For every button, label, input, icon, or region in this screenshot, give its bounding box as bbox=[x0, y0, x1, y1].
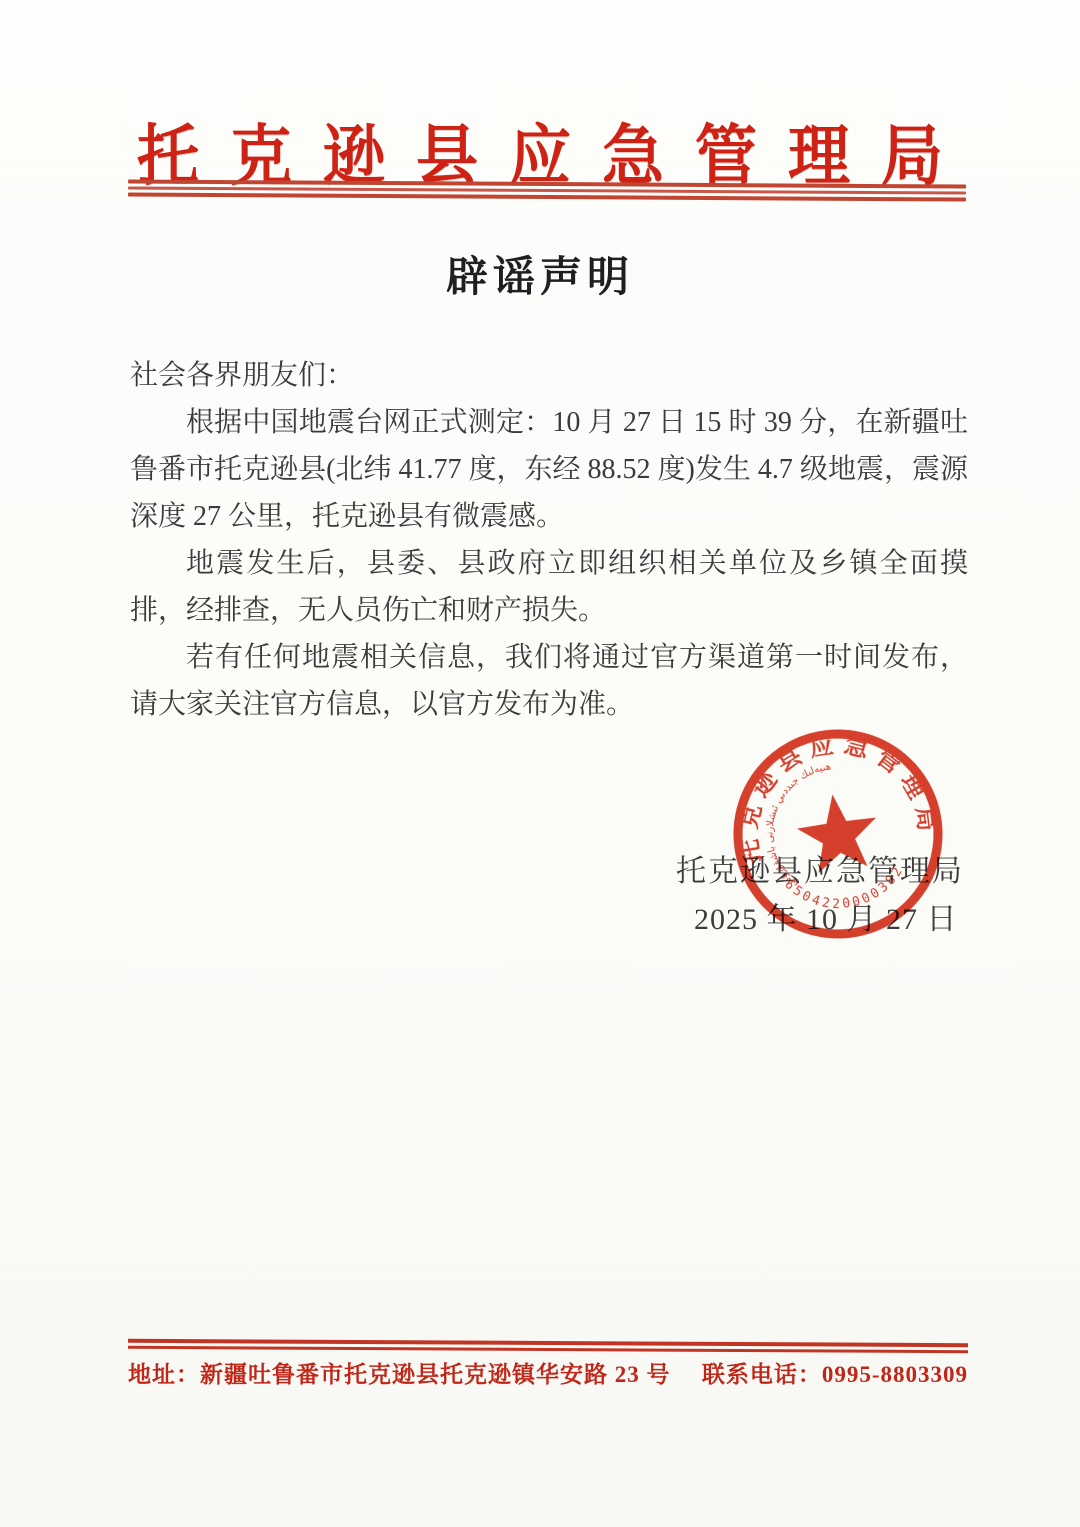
paragraph: 地震发生后，县委、县政府立即组织相关单位及乡镇全面摸排，经排查，无人员伤亡和财产… bbox=[130, 540, 968, 634]
phone-label: 联系电话： bbox=[702, 1362, 822, 1387]
official-seal: 托克逊县应急管理局 توقسۇن ناھىيەلىك جىددىي ئىشلار… bbox=[714, 710, 962, 958]
letterhead-divider bbox=[128, 179, 966, 202]
phone-value: 0995-8803309 bbox=[822, 1362, 968, 1387]
divider-line bbox=[128, 1346, 968, 1353]
footer: 地址：新疆吐鲁番市托克逊县托克逊镇华安路 23 号 联系电话：0995-8803… bbox=[128, 1356, 968, 1389]
salutation: 社会各界朋友们： bbox=[130, 352, 968, 399]
document-page: 托克逊县应急管理局 辟谣声明 社会各界朋友们： 根据中国地震台网正式测定：10 … bbox=[0, 0, 1080, 1527]
svg-text:6504220000382: 6504220000382 bbox=[780, 861, 912, 920]
seal-code: 6504220000382 bbox=[780, 861, 912, 920]
document-body: 社会各界朋友们： 根据中国地震台网正式测定：10 月 27 日 15 时 39 … bbox=[130, 352, 968, 728]
document-title: 辟谣声明 bbox=[0, 244, 1080, 304]
address-label: 地址： bbox=[128, 1362, 200, 1387]
footer-address: 地址：新疆吐鲁番市托克逊县托克逊镇华安路 23 号 bbox=[128, 1356, 671, 1389]
footer-divider bbox=[128, 1339, 968, 1355]
paragraph: 根据中国地震台网正式测定：10 月 27 日 15 时 39 分，在新疆吐鲁番市… bbox=[130, 399, 968, 540]
address-value: 新疆吐鲁番市托克逊县托克逊镇华安路 23 号 bbox=[200, 1362, 671, 1387]
star-icon bbox=[793, 789, 883, 875]
footer-phone: 联系电话：0995-8803309 bbox=[702, 1356, 968, 1389]
paragraph: 若有任何地震相关信息，我们将通过官方渠道第一时间发布，请大家关注官方信息，以官方… bbox=[130, 634, 968, 728]
